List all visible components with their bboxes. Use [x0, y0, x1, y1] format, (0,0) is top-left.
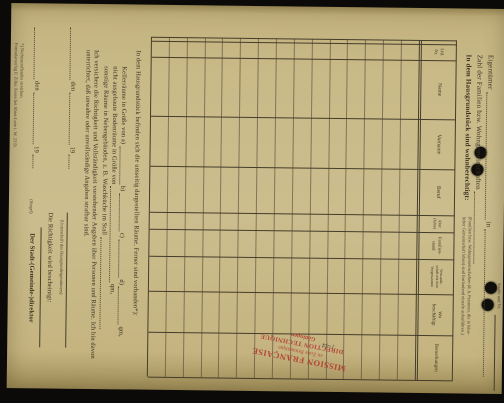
table-row-line: [183, 37, 188, 377]
year-label-1: 19: [69, 147, 76, 154]
den-label-1: den: [69, 81, 76, 91]
place-blank-1: [69, 28, 78, 80]
owner-blank: [485, 91, 495, 219]
entitled-heading: In dem Hausgrundstück sind wohnberechtig…: [463, 55, 473, 201]
director-signature-line: [39, 227, 41, 347]
families-label: Zahl der Familien bzw. Wohngemeinschafte…: [474, 55, 484, 190]
entitled-note: (Familien bzw. Wohngemeinschaften (d. h.…: [460, 217, 473, 335]
owner-in-label: in: [485, 221, 493, 227]
marker-c: c): [119, 233, 126, 238]
table-row-line: [343, 39, 348, 379]
header-name: Name: [421, 60, 457, 119]
header-lfd-nr: Lfd. Nr.: [422, 44, 457, 60]
col-line: [151, 116, 456, 121]
place-blank-2: [33, 27, 42, 79]
year-blank-2: [32, 155, 40, 169]
marker-a: a): [120, 139, 127, 144]
owner-place-blank: [483, 229, 493, 377]
header-beruf: Beruf: [420, 169, 456, 215]
table-row-line: [308, 39, 313, 379]
table-row-line: [361, 39, 366, 379]
date-blank-2: [33, 92, 42, 144]
owner-signature-line: [65, 213, 68, 348]
date-blank-1: [69, 93, 78, 145]
owner-label: Eigentümer: [486, 55, 494, 90]
attic-label: nicht ausgebaute Bodenräume in Größe von: [110, 66, 118, 184]
table-row-line: [218, 38, 223, 378]
col-line: [150, 212, 455, 217]
footnote-publisher: Formularverlag F. Zilke, Essen bei Abtei…: [12, 43, 19, 148]
year-blank-1: [68, 155, 76, 169]
cellar-label: Kellerräume in Größe von: [120, 66, 128, 137]
cellar-unit: qm,: [117, 326, 124, 336]
header-vorname: Vorname: [420, 119, 456, 169]
cellar-blank-d: [117, 287, 125, 325]
header-alter: Alter (Jahre): [420, 215, 455, 232]
footnote-strike: *) Nichtzutreffendes streichen.: [19, 43, 25, 99]
other-rooms-label: sonstige Räume in Nebengebäuden, z. B. W…: [101, 66, 110, 235]
table-row-line: [326, 39, 331, 379]
col-line: [152, 41, 457, 46]
header-wo-beschaeftigt: Wo beschäftigt: [418, 294, 453, 335]
header-familienstand: Familien- stand: [419, 232, 454, 259]
director-label: Der Stadt-(Gemeinde-)direktor: [27, 233, 35, 323]
table-outer-right-line: [148, 377, 453, 382]
owner-signature-caption: (Unterschrift des Hausgrundeigentümers): [58, 220, 65, 295]
cellar-blank-c: [118, 240, 126, 278]
attic-blank: [109, 186, 118, 282]
table-bottom-border: [147, 37, 152, 377]
table-row-line: [290, 38, 295, 378]
year-label-2: 19: [33, 146, 40, 153]
other-rooms-blank: [99, 237, 108, 329]
seal-label: (Siegel): [28, 199, 34, 213]
header-verwandtschaft: Verwandt- schaft mit dem Vorgenannten: [419, 259, 454, 294]
marker-d: d): [118, 279, 125, 285]
scanned-page: Straße und Nr. Eigentümer in Zahl der Fa…: [0, 0, 504, 403]
table-row-line: [236, 38, 241, 378]
col-line: [150, 229, 455, 234]
rooms-intro: In dem Hausgrundstück befinden sich die …: [132, 51, 142, 316]
street-blank: [494, 315, 496, 391]
cellar-blank-a: [119, 146, 127, 184]
families-blank: [473, 192, 482, 264]
col-line: [149, 291, 454, 296]
table-row-line: [379, 40, 384, 380]
marker-b: b): [119, 186, 126, 192]
table-row-line: [397, 40, 402, 380]
attic-unit: qm,: [109, 284, 116, 294]
street-label: Straße und Nr.: [496, 283, 502, 309]
col-line: [149, 256, 454, 261]
table-row-line: [200, 37, 205, 377]
cellar-blank-b: [119, 193, 127, 231]
col-line: [150, 166, 455, 171]
col-line: [152, 57, 457, 62]
certify-label: Die Richtigkeit wird bescheinigt:: [46, 212, 54, 302]
header-bemerkungen: Bemerkungen: [418, 335, 454, 380]
table-row-line: [165, 37, 170, 377]
den-label-2: den: [33, 81, 40, 91]
